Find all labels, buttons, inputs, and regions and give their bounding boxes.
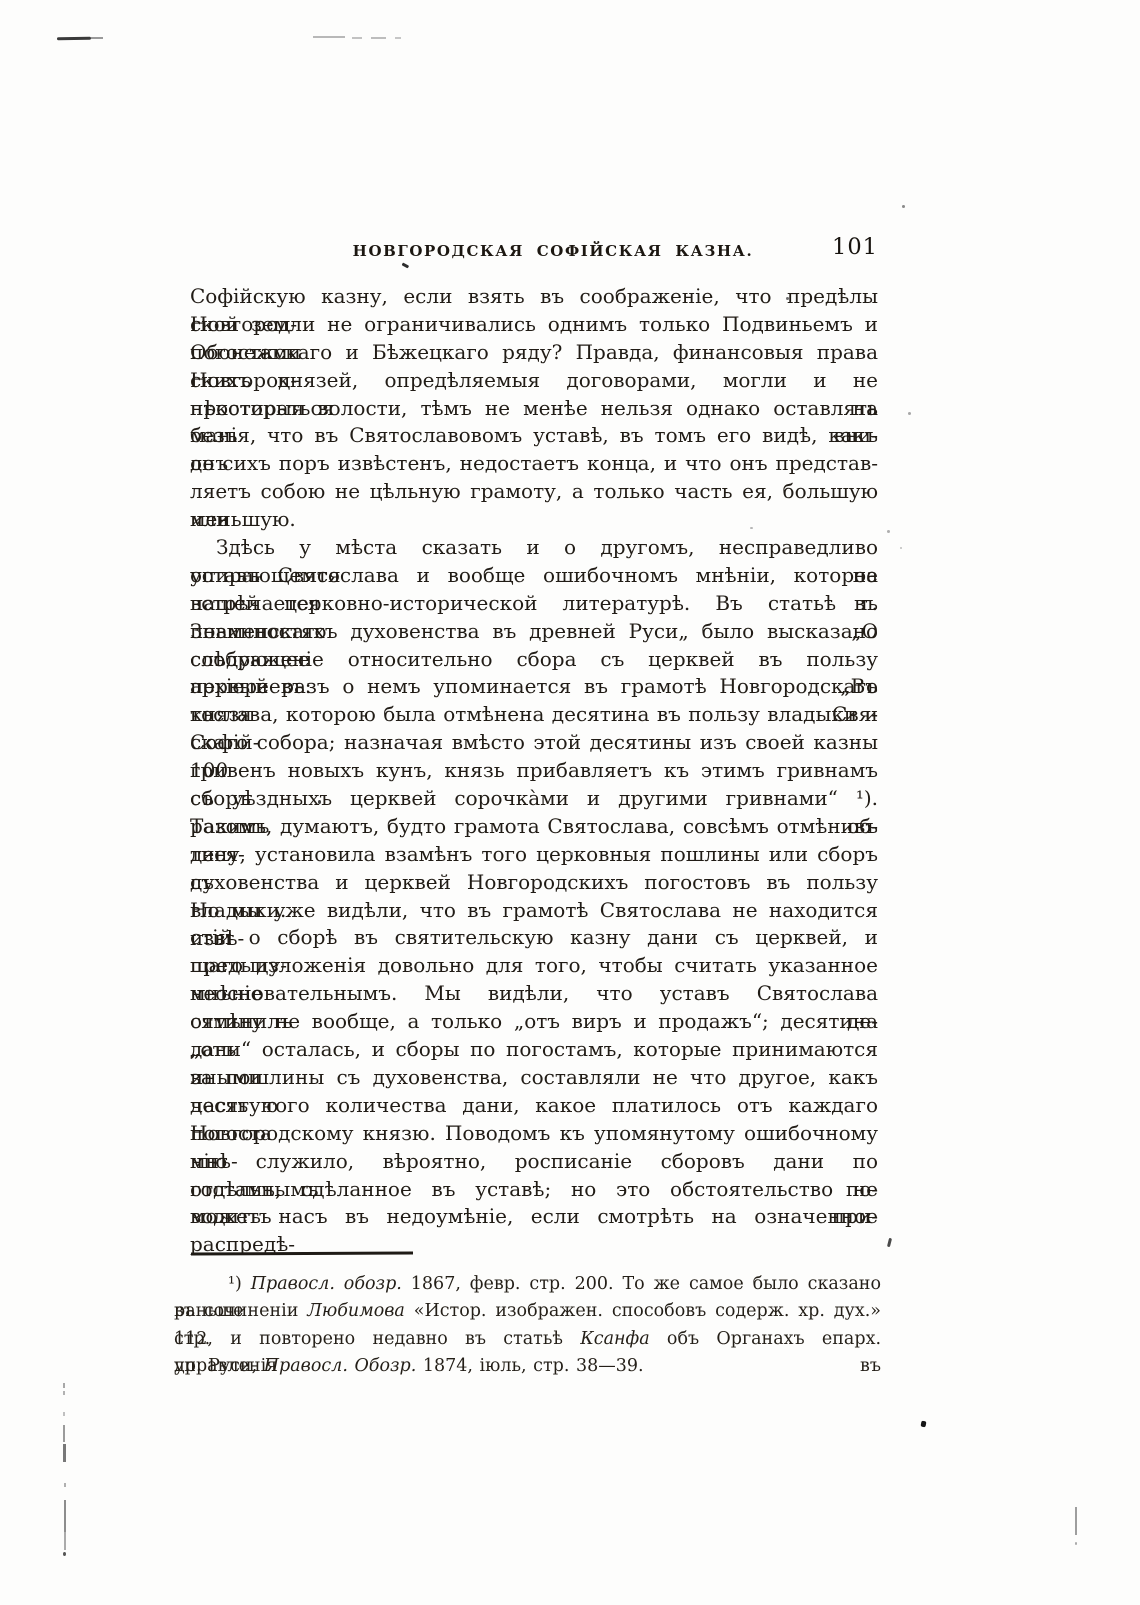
text-line: меньшую. [190, 506, 878, 534]
scan-artifact [63, 1425, 65, 1442]
scan-artifact [63, 1444, 66, 1462]
running-header-title: НОВГОРОДСКАЯ СОФІЙСКАЯ КАЗНА. [190, 239, 878, 263]
text-line: Но мы уже видѣли, что въ грамотѣ Святосл… [190, 897, 878, 925]
footnote: ¹) Правосл. обозр. 1867, февр. стр. 200.… [174, 1271, 881, 1381]
text-line: Новгородскому князю. Поводомъ къ упомяну… [190, 1120, 878, 1148]
text-line: за пошлины съ духовенства, составляли не… [190, 1064, 878, 1092]
text-line: ляетъ собою не цѣльную грамоту, а только… [190, 478, 878, 506]
scan-artifact [63, 1383, 65, 1388]
footnote-citation: Правосл. Обозр. [264, 1356, 417, 1376]
footnote-text: др. Руси, [174, 1356, 264, 1376]
text-line: уставъ Святослава и вообще ошибочномъ мн… [190, 562, 878, 590]
text-line: Обонежскаго и Бѣжецкаго ряду? Правда, фи… [190, 339, 878, 367]
footnote-line: 112, и повторено недавно въ статьѣ Ксанф… [174, 1326, 881, 1353]
text-line: первый разъ о немъ упоминается въ грамот… [190, 673, 878, 701]
scan-artifact [900, 547, 902, 549]
text-line: духовенства и церквей Новгородскихъ пого… [190, 869, 878, 897]
scan-artifact [313, 36, 345, 38]
text-line: ской земли не ограничивались однимъ толь… [190, 311, 878, 339]
text-line: соображеніе относительно сбора съ церкве… [190, 646, 878, 674]
scan-artifact [908, 412, 911, 415]
text-line: тослава, которою была отмѣнена десятина … [190, 701, 878, 729]
scan-artifact [1075, 1507, 1077, 1535]
footnote-separator [191, 1252, 413, 1255]
text-line: съ уѣздныхъ церквей сорочка̀ми и другими… [190, 785, 878, 813]
text-line: нѣкоторыя волости, тѣмъ не менѣе нельзя … [190, 395, 878, 423]
text-line: манія, что въ Святославовомъ уставѣ, въ … [190, 422, 878, 450]
text-line: скаго собора; назначая вмѣсто этой десят… [190, 729, 878, 757]
scan-artifact [352, 37, 362, 39]
footnote-citation: Ксанфа [580, 1329, 649, 1349]
scan-artifact [887, 530, 890, 533]
text-line: сятину не вообще, а только „отъ виръ и п… [190, 1008, 878, 1036]
scan-artifact [371, 37, 386, 39]
text-line: разомъ, думаютъ, будто грамота Святослав… [190, 813, 878, 841]
text-line: гривенъ новыхъ кунъ, князь прибавляетъ к… [190, 757, 878, 785]
scan-artifact [63, 1391, 65, 1395]
footnote-line: въ сочиненіи Любимова «Истор. изображен.… [174, 1298, 881, 1325]
text-line: водить насъ въ недоумѣніе, если смотрѣть… [190, 1203, 878, 1231]
text-line: стій о сборѣ въ святительскую казну дани… [190, 924, 878, 952]
scan-artifact [63, 1552, 66, 1556]
footnote-line: ¹) Правосл. обозр. 1867, февр. стр. 200.… [174, 1271, 881, 1298]
footnote-text: ¹) [228, 1274, 251, 1294]
text-line: гостамъ, сдѣланное въ уставѣ; но это обс… [190, 1176, 878, 1204]
text-line: щаго изложенія довольно для того, чтобы … [190, 952, 878, 980]
scanned-book-page: НОВГОРОДСКАЯ СОФІЙСКАЯ КАЗНА. 101 Софійс… [0, 0, 1140, 1605]
text-line: часть того количества дани, какое платил… [190, 1092, 878, 1120]
scan-artifact [887, 1238, 892, 1247]
text-line: дани“ осталась, и сборы по погостамъ, ко… [190, 1036, 878, 1064]
scan-artifact [63, 1412, 65, 1416]
scan-artifact [395, 37, 401, 39]
page-number: 101 [832, 234, 878, 260]
footnote-text: въ сочиненіи [174, 1301, 307, 1321]
footnote-citation: Правосл. обозр. [251, 1274, 402, 1294]
text-line: неосновательнымъ. Мы видѣли, что уставъ … [190, 980, 878, 1008]
text-line: Софійскую казну, если взять въ соображен… [190, 283, 878, 311]
body-text: Софійскую казну, если взять въ соображен… [190, 283, 878, 1231]
scan-artifact [64, 1532, 66, 1550]
text-line: тину, установила взамѣнъ того церковныя … [190, 841, 878, 869]
footnote-text: 112, и повторено недавно въ статьѣ [174, 1329, 580, 1349]
footnote-citation: Любимова [307, 1301, 405, 1321]
scan-artifact [64, 1483, 66, 1487]
scan-artifact [921, 1421, 927, 1428]
footnote-text: 1874, іюль, стр. 38—39. [416, 1356, 643, 1376]
page-header: НОВГОРОДСКАЯ СОФІЙСКАЯ КАЗНА. 101 [190, 239, 878, 265]
text-line: до сихъ поръ извѣстенъ, недостаетъ конца… [190, 450, 878, 478]
scan-artifact [64, 1500, 66, 1532]
scan-artifact [91, 37, 103, 39]
text-line: нію служило, вѣроятно, росписаніе сборов… [190, 1148, 878, 1176]
text-line: Здѣсь у мѣста сказать и о другомъ, неспр… [190, 534, 878, 562]
text-line: повинностяхъ духовенства въ древней Руси… [190, 618, 878, 646]
scan-artifact [902, 205, 905, 208]
text-line: скихъ князей, опредѣляемыя договорами, м… [190, 367, 878, 395]
scan-artifact [57, 37, 91, 41]
text-line: нашей церковно-исторической литературѣ. … [190, 590, 878, 618]
scan-artifact [1075, 1542, 1077, 1545]
